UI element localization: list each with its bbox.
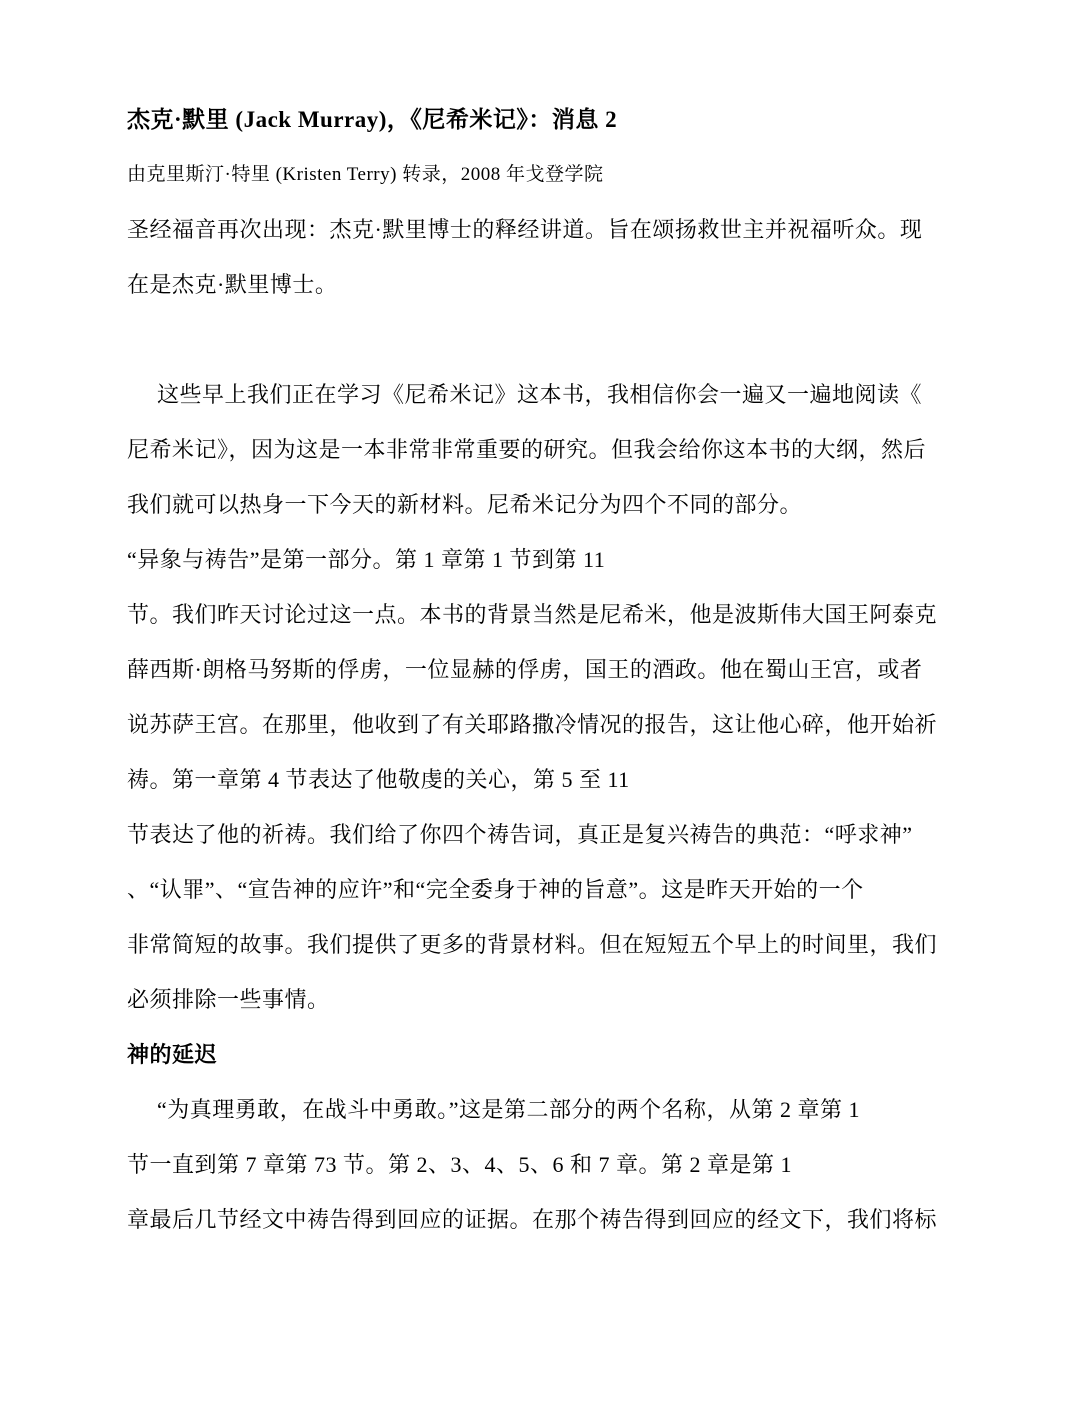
body-line: 节一直到第 7 章第 73 节。第 2、3、4、5、6 和 7 章。第 2 章是… bbox=[127, 1137, 988, 1192]
body-line: 章最后几节经文中祷告得到回应的证据。在那个祷告得到回应的经文下，我们将标 bbox=[127, 1192, 988, 1247]
document-byline: 由克里斯汀·特里 (Kristen Terry) 转录，2008 年戈登学院 bbox=[127, 147, 988, 202]
body-line: 节表达了他的祈祷。我们给了你四个祷告词，真正是复兴祷告的典范：“呼求神” bbox=[127, 807, 988, 862]
document-title: 杰克·默里 (Jack Murray)，《尼希米记》：消息 2 bbox=[127, 92, 988, 147]
body-line: 祷。第一章第 4 节表达了他敬虔的关心，第 5 至 11 bbox=[127, 752, 988, 807]
blank-line bbox=[127, 312, 988, 367]
body-line: 我们就可以热身一下今天的新材料。尼希米记分为四个不同的部分。 bbox=[127, 477, 988, 532]
body-line: 、“认罪”、“宣告神的应许”和“完全委身于神的旨意”。这是昨天开始的一个 bbox=[127, 862, 988, 917]
body-line: 薛西斯·朗格马努斯的俘虏，一位显赫的俘虏，国王的酒政。他在蜀山王宫，或者 bbox=[127, 642, 988, 697]
body-line: “为真理勇敢，在战斗中勇敢。”这是第二部分的两个名称，从第 2 章第 1 bbox=[127, 1082, 988, 1137]
body-line: 说苏萨王宫。在那里，他收到了有关耶路撒冷情况的报告，这让他心碎，他开始祈 bbox=[127, 697, 988, 752]
section-heading: 神的延迟 bbox=[127, 1027, 988, 1082]
document-page: 杰克·默里 (Jack Murray)，《尼希米记》：消息 2 由克里斯汀·特里… bbox=[0, 0, 1088, 1404]
body-line: 节。我们昨天讨论过这一点。本书的背景当然是尼希米，他是波斯伟大国王阿泰克 bbox=[127, 587, 988, 642]
body-line: “异象与祷告”是第一部分。第 1 章第 1 节到第 11 bbox=[127, 532, 988, 587]
body-line: 尼希米记》，因为这是一本非常非常重要的研究。但我会给你这本书的大纲，然后 bbox=[127, 422, 988, 477]
intro-line: 圣经福音再次出现：杰克·默里博士的释经讲道。旨在颂扬救世主并祝福听众。现 bbox=[127, 202, 988, 257]
body-line: 非常简短的故事。我们提供了更多的背景材料。但在短短五个早上的时间里，我们 bbox=[127, 917, 988, 972]
body-line: 必须排除一些事情。 bbox=[127, 972, 988, 1027]
body-line: 这些早上我们正在学习《尼希米记》这本书，我相信你会一遍又一遍地阅读《 bbox=[127, 367, 988, 422]
intro-line: 在是杰克·默里博士。 bbox=[127, 257, 988, 312]
